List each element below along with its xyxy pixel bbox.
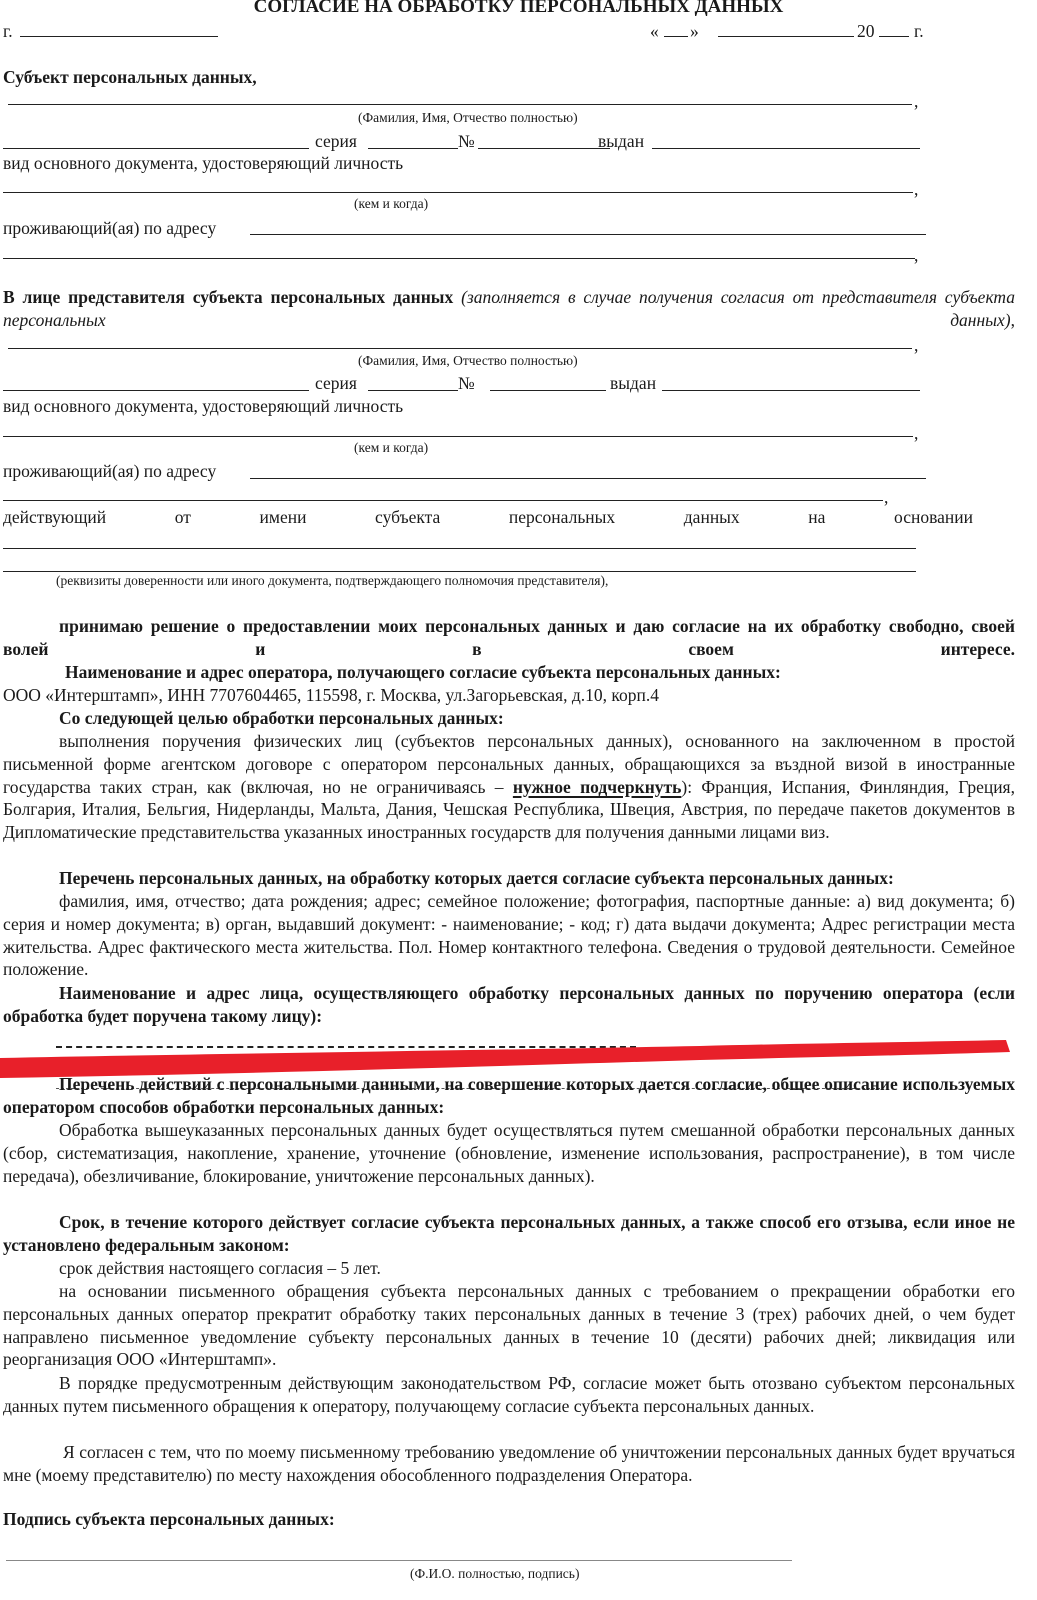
rep-issued-label: выдан (610, 372, 656, 394)
comma: , (914, 334, 918, 356)
rep-authority-field-2[interactable] (3, 571, 916, 572)
rep-authority-field[interactable] (3, 548, 916, 549)
purpose-heading: Со следующей целью обработки персональны… (3, 707, 1015, 730)
comma: , (914, 178, 918, 200)
notice-text: Я согласен с тем, что по моему письменно… (3, 1441, 1015, 1487)
operator-value: ООО «Интерштамп», ИНН 7707604465, 115598… (3, 684, 1015, 707)
date-month-field[interactable] (718, 36, 854, 37)
purpose-underline-instruction: нужное подчеркнуть (513, 777, 682, 797)
rep-number-label: № (458, 372, 475, 394)
rep-issued-by-field[interactable] (3, 436, 913, 437)
term-text: срок действия настоящего согласия – 5 ле… (3, 1257, 1015, 1280)
rep-doc-type-label: вид основного документа, удостоверяющий … (3, 395, 403, 417)
signature-heading: Подпись субъекта персональных данных: (3, 1508, 335, 1530)
revocation-text: В порядке предусмотренным действующим за… (3, 1372, 1015, 1418)
representative-heading-bold: В лице представителя субъекта персональн… (3, 287, 453, 307)
rep-issued-field[interactable] (662, 390, 920, 391)
subject-issued-field[interactable] (652, 148, 920, 149)
subject-fio-hint: (Фамилия, Имя, Отчество полностью) (358, 110, 578, 126)
subject-number-label: № (458, 130, 475, 152)
subject-series-field[interactable] (368, 148, 458, 149)
city-field[interactable] (20, 36, 218, 37)
date-year-field[interactable] (879, 36, 909, 37)
subject-issued-by-field[interactable] (3, 192, 913, 193)
rep-address-field[interactable] (250, 478, 926, 479)
subject-address-field[interactable] (250, 234, 926, 235)
subject-address-label: проживающий(ая) по адресу (3, 217, 216, 239)
term-heading: Срок, в течение которого действует согла… (3, 1211, 1015, 1257)
subject-heading: Субъект персональных данных, (3, 66, 257, 88)
subject-doc-type-label: вид основного документа, удостоверяющий … (3, 152, 403, 174)
rep-series-field[interactable] (368, 390, 458, 391)
document-title: СОГЛАСИЕ НА ОБРАБОТКУ ПЕРСОНАЛЬНЫХ ДАННЫ… (0, 0, 1037, 18)
city-label: г. (3, 20, 13, 42)
subject-number-field[interactable] (478, 148, 610, 149)
data-list-text: фамилия, имя, отчество; дата рождения; а… (3, 890, 1015, 981)
operator-heading: Наименование и адрес оператора, получающ… (3, 661, 1015, 684)
subject-issued-label: выдан (598, 130, 644, 152)
subject-series-label: серия (315, 130, 357, 152)
subject-doc-type-field[interactable] (3, 148, 309, 149)
date-close-quote: » (690, 20, 699, 42)
rep-fio-field[interactable] (8, 348, 912, 349)
date-year-suffix: г. (914, 20, 924, 42)
rep-fio-hint: (Фамилия, Имя, Отчество полностью) (358, 353, 578, 369)
termination-text: на основании письменного обращения субъе… (3, 1280, 1015, 1371)
representative-heading: В лице представителя субъекта персональн… (3, 286, 1015, 332)
signature-hint: (Ф.И.О. полностью, подпись) (410, 1566, 579, 1582)
subject-address-field-2[interactable] (3, 258, 915, 259)
subject-issued-by-hint: (кем и когда) (354, 196, 428, 212)
rep-doc-type-field[interactable] (3, 390, 309, 391)
rep-series-label: серия (315, 372, 357, 394)
comma: , (914, 90, 918, 112)
signature-field[interactable] (6, 1560, 792, 1561)
comma: , (914, 422, 918, 444)
subject-fio-field[interactable] (8, 104, 912, 105)
date-year-prefix: 20 (857, 20, 875, 42)
actions-heading: Перечень действий с персональными данным… (3, 1073, 1015, 1119)
data-list-heading: Перечень персональных данных, на обработ… (3, 867, 1015, 890)
rep-acting-label: действующий от имени субъекта персональн… (3, 506, 973, 529)
comma: , (914, 244, 918, 266)
rep-authority-hint: (реквизиты доверенности или иного докуме… (56, 573, 608, 589)
processor-heading: Наименование и адрес лица, осуществляюще… (3, 982, 1015, 1028)
comma: , (884, 486, 888, 508)
rep-issued-by-hint: (кем и когда) (354, 440, 428, 456)
consent-decision: принимаю решение о предоставлении моих п… (3, 615, 1015, 661)
date-open-quote: « (650, 20, 659, 42)
rep-address-field-2[interactable] (3, 500, 883, 501)
rep-address-label: проживающий(ая) по адресу (3, 460, 216, 482)
date-day-field[interactable] (664, 36, 688, 37)
rep-number-field[interactable] (490, 390, 606, 391)
purpose-text: выполнения поручения физических лиц (суб… (3, 730, 1015, 844)
actions-text: Обработка вышеуказанных персональных дан… (3, 1119, 1015, 1187)
comma: , (1011, 310, 1015, 330)
